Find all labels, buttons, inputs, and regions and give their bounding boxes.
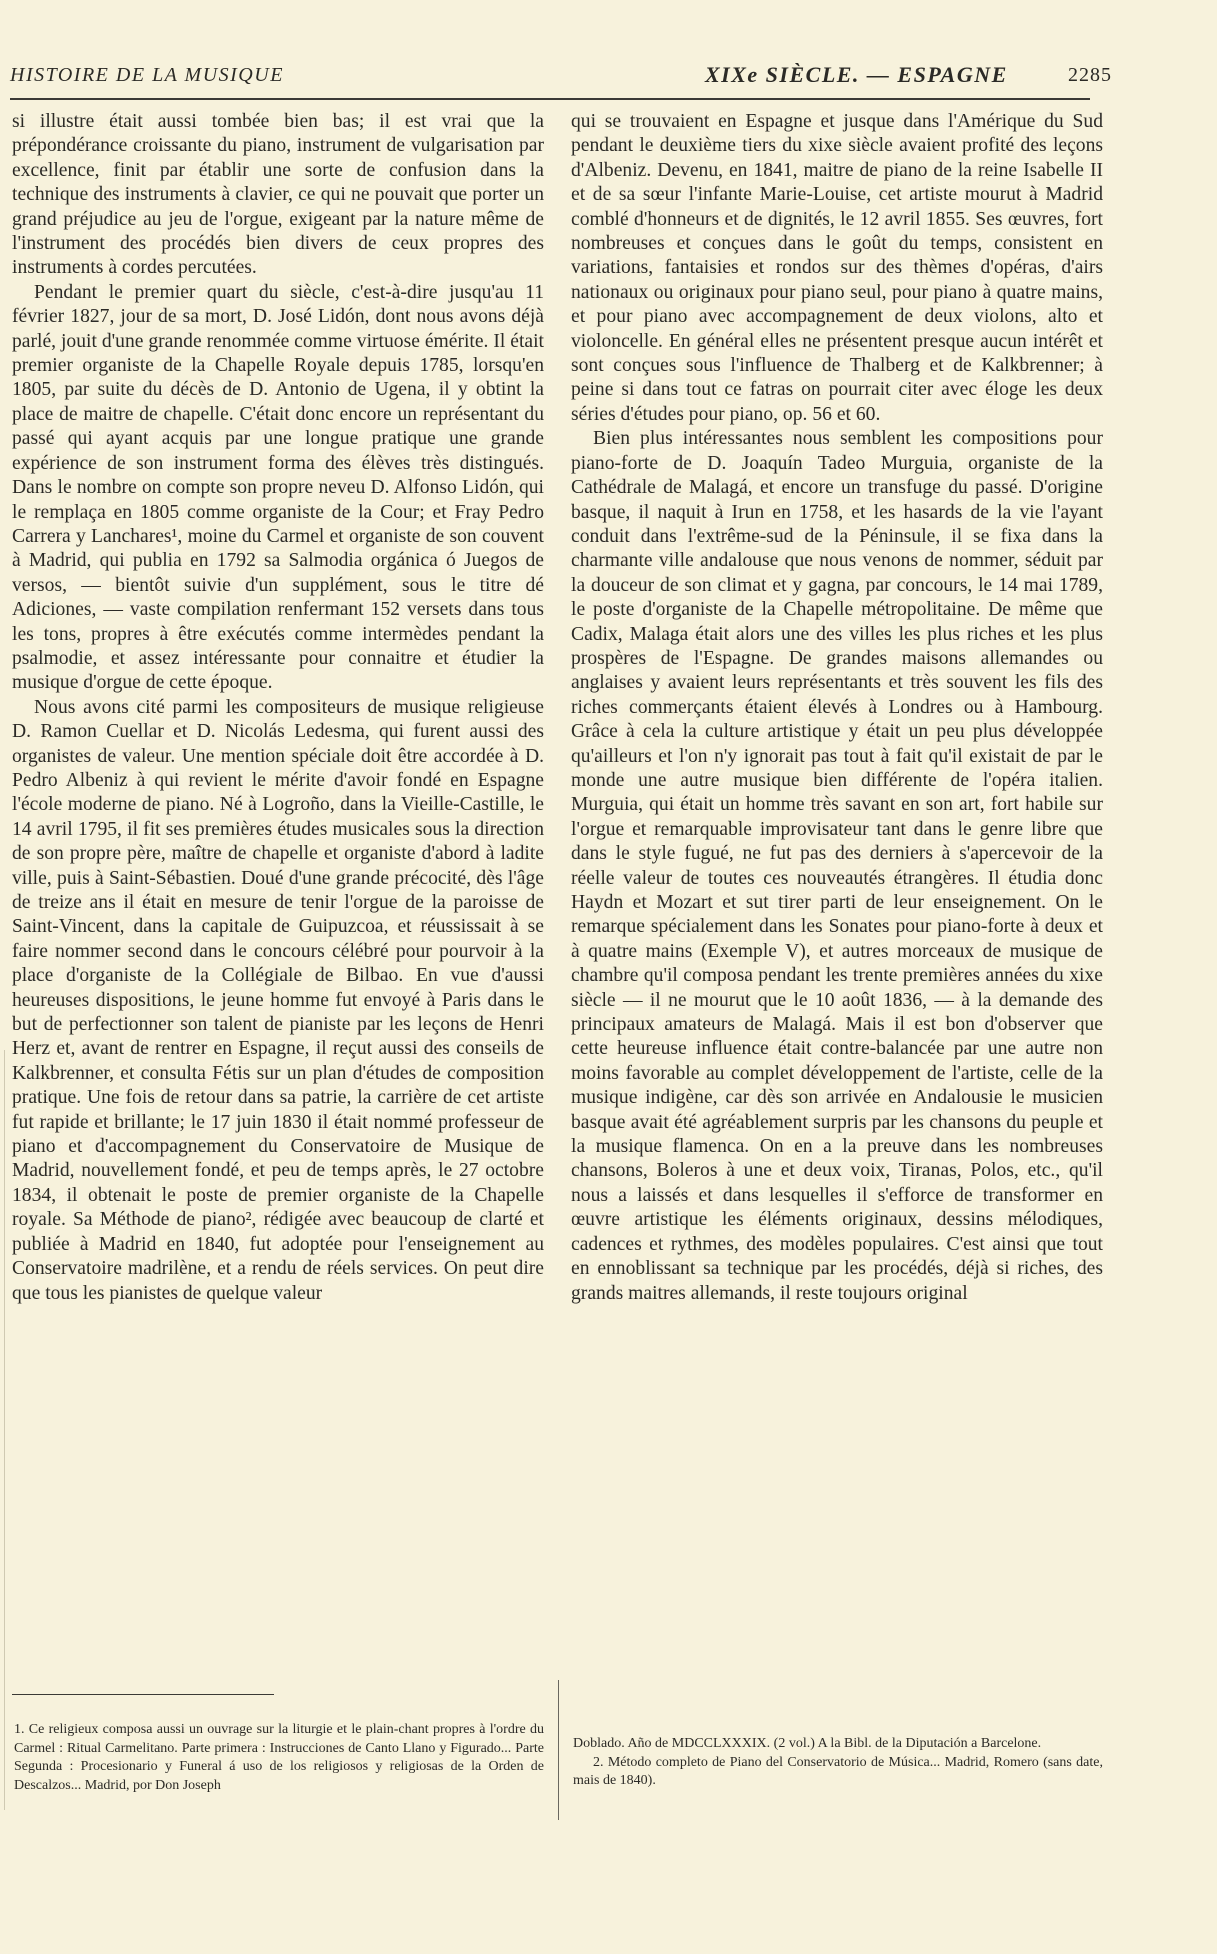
paragraph: Nous avons cité parmi les compositeurs d…: [12, 696, 544, 1306]
page-number: 2285: [1068, 64, 1112, 87]
footnote-1-continued: Doblado. Año de MDCCLXXXIX. (2 vol.) A l…: [573, 1735, 1103, 1754]
left-column: si illustre était aussi tombée bien bas;…: [12, 110, 544, 1306]
footnote-2: 2. Método completo de Piano del Conserva…: [573, 1754, 1103, 1791]
header-chapter-title: XIXe SIÈCLE. — ESPAGNE: [705, 62, 1008, 88]
footnotes-left: 1. Ce religieux composa aussi un ouvrage…: [14, 1721, 544, 1795]
paragraph: Bien plus intéressantes nous semblent le…: [571, 427, 1103, 1306]
running-header: HISTOIRE DE LA MUSIQUE XIXe SIÈCLE. — ES…: [10, 62, 1090, 92]
paragraph: Pendant le premier quart du siècle, c'es…: [12, 281, 544, 696]
header-divider: [10, 98, 1090, 100]
footnotes-right: Doblado. Año de MDCCLXXXIX. (2 vol.) A l…: [573, 1735, 1103, 1791]
paragraph: qui se trouvaient en Espagne et jusque d…: [571, 110, 1103, 427]
paragraph: si illustre était aussi tombée bien bas;…: [12, 110, 544, 281]
footnote-1: 1. Ce religieux composa aussi un ouvrage…: [14, 1721, 544, 1795]
right-column: qui se trouvaient en Espagne et jusque d…: [571, 110, 1103, 1306]
header-book-title: HISTOIRE DE LA MUSIQUE: [10, 64, 284, 87]
column-gutter-line: [558, 1680, 559, 1820]
book-page: HISTOIRE DE LA MUSIQUE XIXe SIÈCLE. — ES…: [0, 0, 1217, 1954]
scan-margin-shadow: [4, 1050, 5, 1810]
footnote-divider: [12, 1694, 274, 1695]
